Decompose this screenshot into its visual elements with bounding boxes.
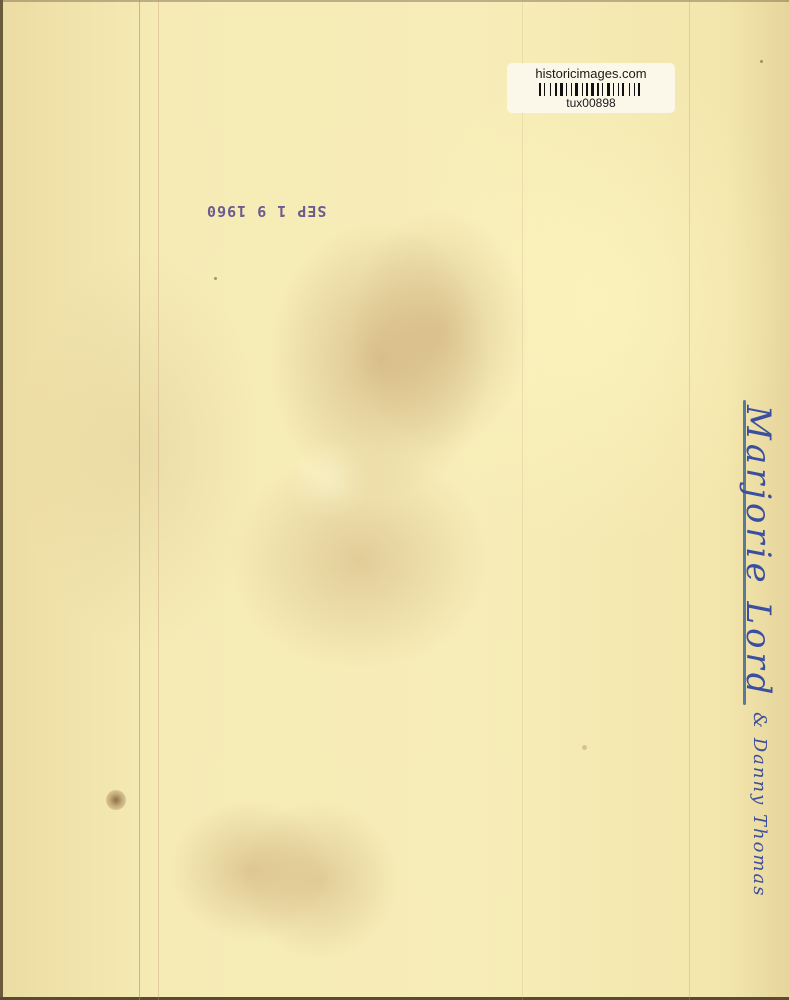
handwritten-name: Marjorie Lord (738, 405, 778, 698)
speck (582, 745, 587, 750)
barcode (539, 83, 643, 96)
fold-line (158, 0, 159, 1000)
stain-spot (106, 790, 126, 810)
archive-label: historicimages.com tux00898 (507, 63, 675, 113)
label-id: tux00898 (566, 97, 615, 109)
handwritten-caption: & Danny Thomas (749, 712, 770, 897)
photo-back-page: historicimages.com tux00898 SEP 1 9 1960… (0, 0, 789, 1000)
speck (214, 277, 217, 280)
margin-line (139, 0, 140, 1000)
date-stamp: SEP 1 9 1960 (206, 202, 326, 220)
speck (760, 60, 763, 63)
top-edge (0, 0, 789, 2)
label-site: historicimages.com (535, 67, 646, 81)
fold-line-right (522, 0, 523, 1000)
left-edge (0, 0, 3, 1000)
margin-line-right (689, 0, 690, 1000)
